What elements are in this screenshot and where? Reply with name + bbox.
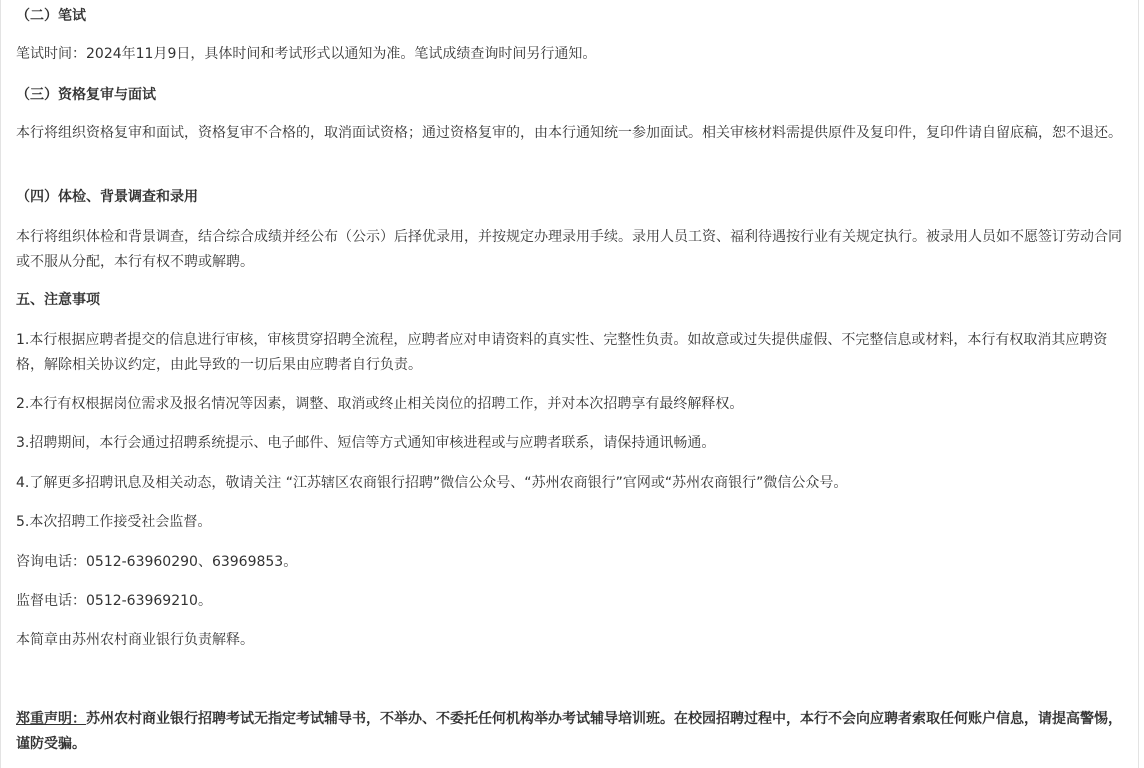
written-exam-body: 笔试时间：2024年11月9日，具体时间和考试形式以通知为准。笔试成绩查询时间另…	[16, 42, 1128, 67]
interpretation-note: 本简章由苏州农村商业银行负责解释。	[16, 628, 1128, 653]
physical-background-body: 本行将组织体检和背景调查，结合综合成绩并经公布（公示）后择优录用，并按规定办理录…	[16, 225, 1128, 275]
section-heading-review-interview: （三）资格复审与面试	[16, 83, 1128, 108]
consult-phone: 咨询电话：0512-63960290、63969853。	[16, 550, 1128, 575]
note-item-3: 3.招聘期间，本行会通过招聘系统提示、电子邮件、短信等方式通知审核进程或与应聘者…	[16, 431, 1128, 456]
note-item-5: 5.本次招聘工作接受社会监督。	[16, 510, 1128, 535]
section-heading-notes: 五、注意事项	[16, 288, 1128, 313]
note-item-4: 4.了解更多招聘讯息及相关动态，敬请关注 “江苏辖区农商银行招聘”微信公众号、“…	[16, 471, 1128, 496]
declaration-label: 郑重声明：	[16, 711, 86, 727]
section-heading-physical-background: （四）体检、背景调查和录用	[16, 185, 1128, 210]
declaration: 郑重声明：苏州农村商业银行招聘考试无指定考试辅导书，不举办、不委托任何机构举办考…	[16, 707, 1128, 757]
supervise-phone: 监督电话：0512-63969210。	[16, 589, 1128, 614]
note-item-2: 2.本行有权根据岗位需求及报名情况等因素，调整、取消或终止相关岗位的招聘工作，并…	[16, 392, 1128, 417]
note-item-1: 1.本行根据应聘者提交的信息进行审核，审核贯穿招聘全流程，应聘者应对申请资料的真…	[16, 328, 1128, 378]
section-heading-written-exam: （二）笔试	[16, 4, 1128, 29]
review-interview-body: 本行将组织资格复审和面试，资格复审不合格的，取消面试资格；通过资格复审的，由本行…	[16, 121, 1128, 146]
declaration-text: 苏州农村商业银行招聘考试无指定考试辅导书，不举办、不委托任何机构举办考试辅导培训…	[16, 711, 1122, 752]
